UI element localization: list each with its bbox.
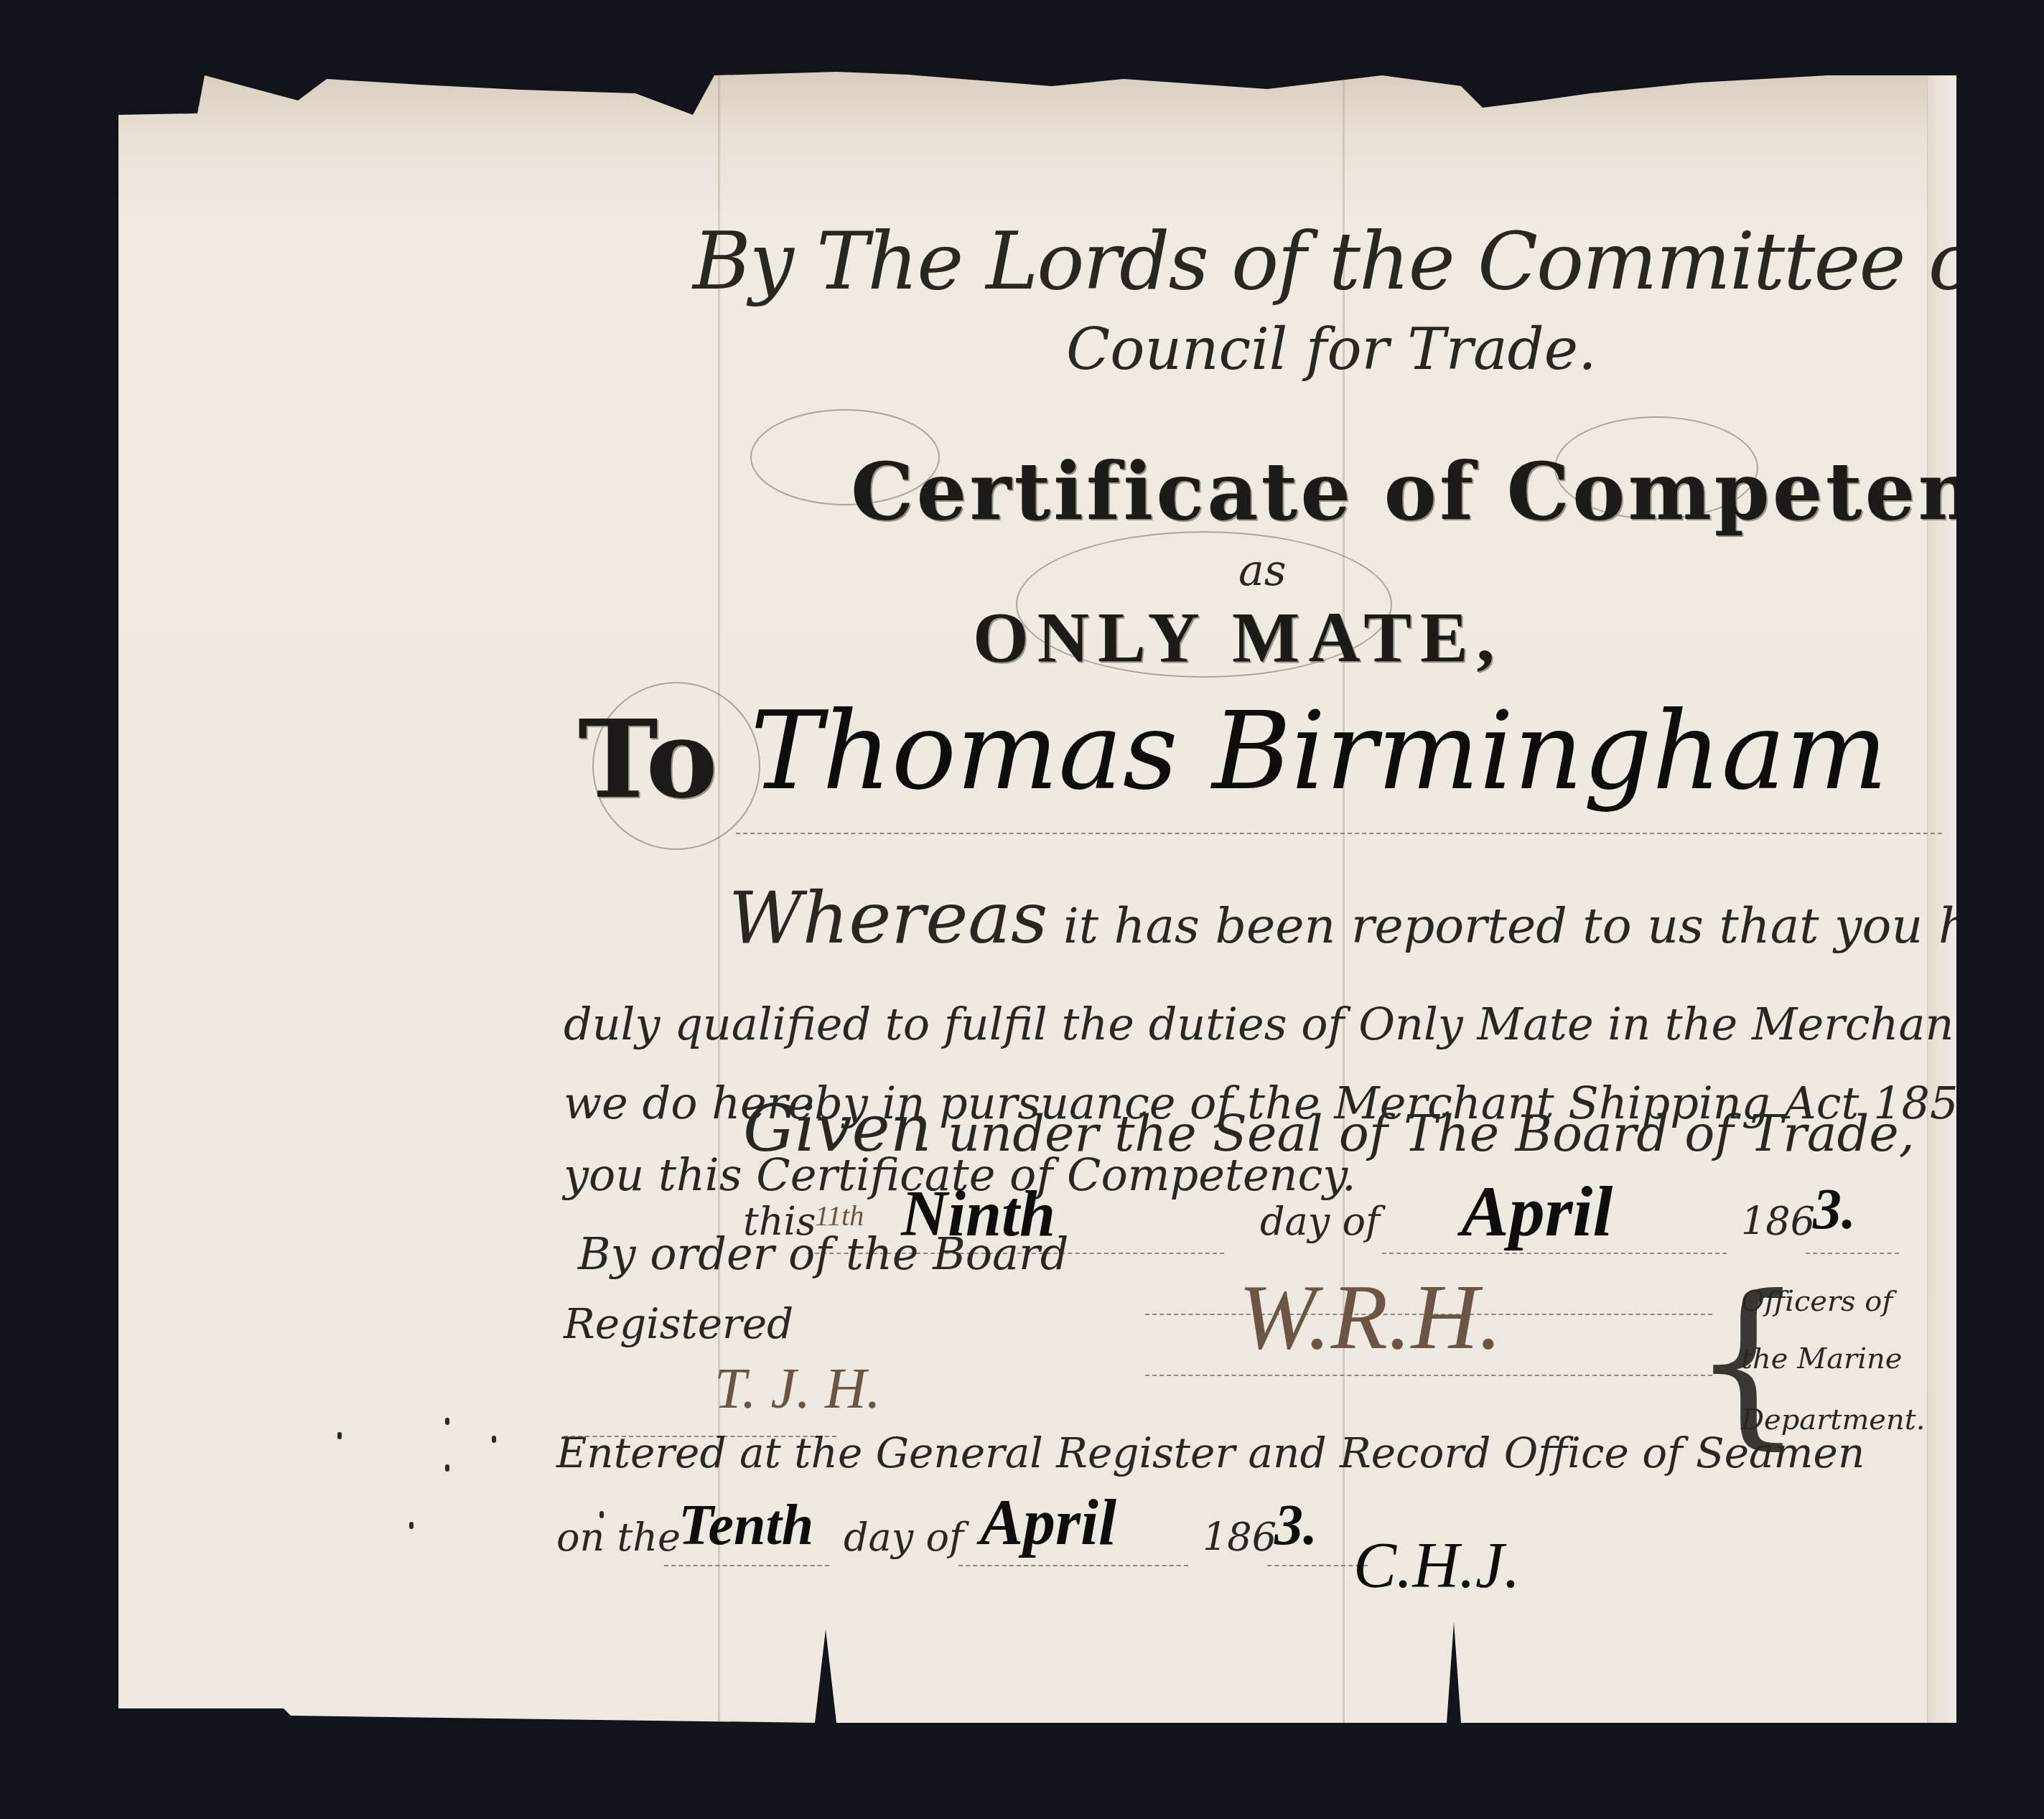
entered-initials: C.H.J. (1353, 1529, 1520, 1603)
day-of-label: day of (1260, 1199, 1380, 1244)
heading-line-1: By The Lords of the Committee of Privy (693, 215, 2044, 307)
pin-hole (409, 1522, 414, 1529)
certificate-title: Certificate of Competency (851, 445, 2044, 538)
month-underline (1382, 1253, 1727, 1254)
recipient-name: Thomas Birmingham (750, 689, 1887, 814)
entered-year-suffix: 3. (1274, 1493, 1317, 1558)
heading-line-2: Council for Trade. (1066, 316, 1597, 383)
year-prefix: 186 (1741, 1199, 1815, 1244)
officers-caption-line-2: the Marine (1741, 1342, 1902, 1375)
given-text: under the Seal of The Board of Trade, (948, 1104, 1915, 1163)
by-order-label: By order of the Board (578, 1228, 1068, 1280)
officers-caption-line-1: Officers of (1741, 1285, 1893, 1318)
given-line: Given under the Seal of The Board of Tra… (743, 1091, 1915, 1166)
issue-month: April (1461, 1170, 1613, 1253)
registered-label: Registered (564, 1299, 793, 1348)
body-line-1-text: it has been reported to us that you have… (1063, 898, 2044, 955)
registered-initials: T. J. H. (714, 1357, 881, 1422)
entered-day-of-label: day of (844, 1515, 963, 1560)
rank-title: ONLY MATE, (973, 596, 1503, 678)
to-word: To (578, 696, 717, 823)
whereas-word: Whereas (729, 876, 1047, 960)
as-word: as (1238, 546, 1287, 596)
name-underline (736, 833, 1942, 834)
entered-line: Entered at the General Register and Reco… (556, 1428, 1865, 1477)
year-underline (1806, 1253, 1899, 1254)
pin-hole (599, 1511, 604, 1518)
pin-hole (445, 1464, 449, 1472)
year-suffix: 3. (1813, 1177, 1856, 1243)
entered-day-underline (664, 1565, 829, 1566)
certificate-paper: By The Lords of the Committee of Privy C… (118, 72, 1956, 1723)
body-line-1: Whereas it has been reported to us that … (729, 876, 2044, 960)
signature-line-2 (1145, 1375, 1712, 1376)
entered-month-underline (958, 1565, 1188, 1566)
entered-month: April (980, 1486, 1116, 1560)
entered-year-underline (1267, 1565, 1368, 1566)
on-the-label: on the (556, 1515, 681, 1560)
pin-hole (337, 1432, 342, 1439)
given-word: Given (743, 1091, 932, 1166)
body-line-2: duly qualified to fulfil the duties of O… (564, 998, 2044, 1050)
pin-hole (445, 1418, 449, 1425)
entered-day: Tenth (678, 1493, 813, 1558)
pin-hole (492, 1436, 496, 1443)
entered-year-prefix: 186 (1203, 1515, 1277, 1560)
officer-signature: W.R.H. (1238, 1263, 1502, 1371)
